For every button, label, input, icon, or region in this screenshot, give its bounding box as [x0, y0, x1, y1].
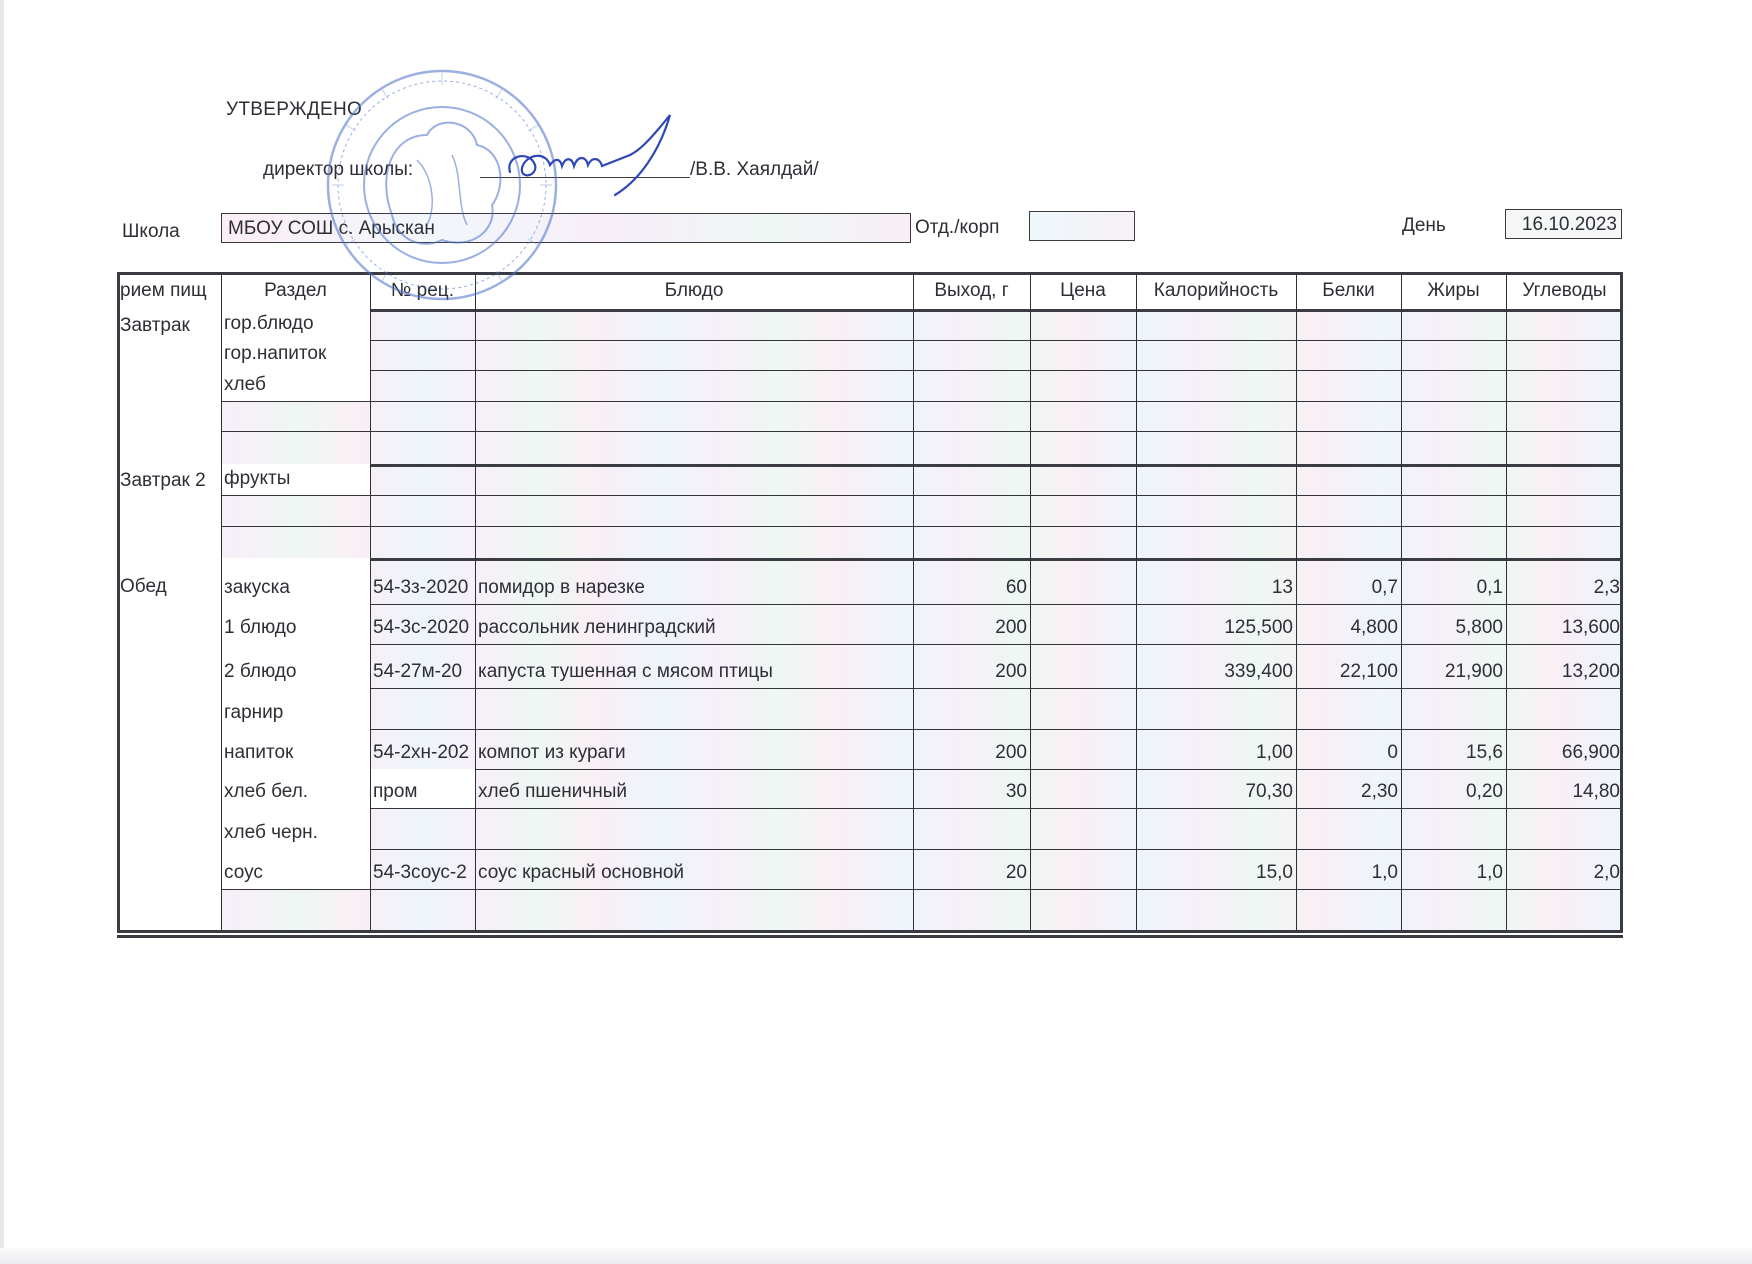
table-cell-section: фрукты — [221, 464, 370, 495]
table-cell-yield — [913, 431, 1030, 464]
table-cell-protein: 0 — [1296, 729, 1401, 769]
table-cell-price — [1030, 464, 1136, 495]
table-cell-recipe: 54-2хн-202 — [370, 729, 475, 769]
day-value: 16.10.2023 — [1522, 214, 1617, 235]
row-divider — [117, 935, 1623, 938]
table-cell-recipe — [370, 688, 475, 729]
table-cell-yield — [913, 526, 1030, 558]
table-cell-recipe — [370, 309, 475, 340]
table-cell-kcal — [1136, 464, 1296, 495]
table-cell-section: 1 блюдо — [221, 604, 370, 644]
table-cell-kcal — [1136, 309, 1296, 340]
table-cell-price — [1030, 401, 1136, 431]
table-cell-price — [1030, 526, 1136, 558]
table-cell-dish — [475, 370, 913, 401]
table-cell-protein — [1296, 464, 1401, 495]
column-divider — [221, 272, 222, 933]
table-cell-yield — [913, 370, 1030, 401]
column-header: Выход, г — [913, 272, 1030, 309]
table-cell-kcal — [1136, 688, 1296, 729]
table-cell-carbs: 66,900 — [1506, 729, 1623, 769]
table-cell-dish — [475, 808, 913, 849]
table-cell-fat: 0,1 — [1401, 558, 1506, 604]
column-header: Цена — [1030, 272, 1136, 309]
table-cell-kcal — [1136, 889, 1296, 935]
table-cell-section: гор.блюдо — [221, 309, 370, 340]
table-cell-dish: компот из кураги — [475, 729, 913, 769]
table-cell-dish — [475, 309, 913, 340]
table-cell-yield — [913, 808, 1030, 849]
table-cell-carbs — [1506, 464, 1623, 495]
table-cell-dish: соус красный основной — [475, 849, 913, 889]
page-edge — [0, 0, 4, 1264]
column-header: Жиры — [1401, 272, 1506, 309]
table-cell-yield — [913, 340, 1030, 370]
table-cell-price — [1030, 495, 1136, 526]
table-cell-kcal — [1136, 431, 1296, 464]
table-cell-section: закуска — [221, 558, 370, 604]
meal-cell: Завтрак — [117, 309, 221, 464]
column-header: рием пищ — [117, 272, 221, 309]
table-cell-yield: 200 — [913, 604, 1030, 644]
table-cell-carbs: 2,0 — [1506, 849, 1623, 889]
table-cell-section — [221, 526, 370, 558]
table-cell-fat — [1401, 889, 1506, 935]
table-cell-yield — [913, 464, 1030, 495]
table-cell-carbs: 14,80 — [1506, 769, 1623, 808]
table-cell-section: хлеб бел. — [221, 769, 370, 808]
table-cell-recipe — [370, 464, 475, 495]
column-divider — [1401, 272, 1402, 933]
table-cell-yield: 200 — [913, 729, 1030, 769]
table-cell-recipe: 54-3з-2020 — [370, 558, 475, 604]
table-cell-price — [1030, 431, 1136, 464]
table-cell-kcal: 70,30 — [1136, 769, 1296, 808]
table-cell-price — [1030, 370, 1136, 401]
table-cell-protein: 2,30 — [1296, 769, 1401, 808]
table-cell-dish: капуста тушенная с мясом птицы — [475, 644, 913, 688]
table-cell-yield — [913, 688, 1030, 729]
table-cell-dish — [475, 688, 913, 729]
column-divider — [1136, 272, 1137, 933]
table-cell-kcal — [1136, 808, 1296, 849]
day-field: 16.10.2023 — [1505, 209, 1622, 239]
table-cell-section: хлеб черн. — [221, 808, 370, 849]
table-cell-recipe — [370, 401, 475, 431]
table-cell-price — [1030, 604, 1136, 644]
table-cell-recipe — [370, 370, 475, 401]
table-cell-dish — [475, 340, 913, 370]
column-divider — [913, 272, 914, 933]
table-cell-protein — [1296, 526, 1401, 558]
table-cell-carbs — [1506, 370, 1623, 401]
table-cell-fat — [1401, 495, 1506, 526]
table-cell-yield — [913, 309, 1030, 340]
table-cell-section — [221, 431, 370, 464]
table-cell-dish — [475, 495, 913, 526]
table-cell-protein — [1296, 370, 1401, 401]
table-cell-kcal — [1136, 526, 1296, 558]
table-cell-kcal: 13 — [1136, 558, 1296, 604]
table-cell-kcal — [1136, 370, 1296, 401]
column-header: Белки — [1296, 272, 1401, 309]
table-cell-fat — [1401, 431, 1506, 464]
table-cell-dish — [475, 401, 913, 431]
table-cell-recipe: 54-3с-2020 — [370, 604, 475, 644]
table-cell-section — [221, 401, 370, 431]
table-cell-recipe — [370, 526, 475, 558]
table-cell-carbs: 13,200 — [1506, 644, 1623, 688]
dept-field — [1029, 211, 1135, 241]
table-cell-fat: 1,0 — [1401, 849, 1506, 889]
table-cell-protein — [1296, 431, 1401, 464]
table-cell-fat: 0,20 — [1401, 769, 1506, 808]
table-cell-fat — [1401, 808, 1506, 849]
table-cell-kcal — [1136, 495, 1296, 526]
table-cell-dish: хлеб пшеничный — [475, 769, 913, 808]
table-cell-fat — [1401, 464, 1506, 495]
table-cell-dish: рассольник ленинградский — [475, 604, 913, 644]
table-cell-protein — [1296, 808, 1401, 849]
table-cell-carbs: 13,600 — [1506, 604, 1623, 644]
column-header: Калорийность — [1136, 272, 1296, 309]
table-cell-dish: помидор в нарезке — [475, 558, 913, 604]
table-cell-protein — [1296, 889, 1401, 935]
table-cell-fat: 21,900 — [1401, 644, 1506, 688]
table-cell-price — [1030, 688, 1136, 729]
table-cell-recipe — [370, 495, 475, 526]
table-cell-fat — [1401, 526, 1506, 558]
table-cell-protein: 4,800 — [1296, 604, 1401, 644]
table-cell-yield — [913, 401, 1030, 431]
table-cell-fat — [1401, 370, 1506, 401]
table-cell-fat: 5,800 — [1401, 604, 1506, 644]
page-bottom-edge — [0, 1248, 1752, 1264]
table-cell-dish — [475, 464, 913, 495]
table-cell-price — [1030, 849, 1136, 889]
table-cell-carbs — [1506, 309, 1623, 340]
table-cell-yield: 200 — [913, 644, 1030, 688]
table-cell-price — [1030, 340, 1136, 370]
table-cell-price — [1030, 889, 1136, 935]
menu-table: рием пищРаздел№ рец.БлюдоВыход, гЦенаКал… — [117, 272, 1623, 933]
table-cell-yield — [913, 889, 1030, 935]
table-cell-price — [1030, 729, 1136, 769]
table-cell-carbs — [1506, 401, 1623, 431]
table-cell-recipe: 54-3соус-2 — [370, 849, 475, 889]
table-cell-price — [1030, 644, 1136, 688]
signature-icon — [500, 110, 690, 200]
table-cell-price — [1030, 558, 1136, 604]
table-cell-protein — [1296, 340, 1401, 370]
table-cell-price — [1030, 808, 1136, 849]
table-cell-recipe: пром — [370, 769, 475, 808]
table-cell-protein: 0,7 — [1296, 558, 1401, 604]
table-cell-kcal: 1,00 — [1136, 729, 1296, 769]
column-divider — [1506, 272, 1507, 933]
table-cell-kcal — [1136, 401, 1296, 431]
column-divider — [475, 272, 476, 933]
table-cell-fat — [1401, 340, 1506, 370]
table-cell-dish — [475, 889, 913, 935]
table-cell-kcal: 339,400 — [1136, 644, 1296, 688]
table-cell-yield: 60 — [913, 558, 1030, 604]
table-cell-section: напиток — [221, 729, 370, 769]
table-cell-yield — [913, 495, 1030, 526]
table-cell-yield: 30 — [913, 769, 1030, 808]
table-cell-section: гарнир — [221, 688, 370, 729]
table-cell-section: хлеб — [221, 370, 370, 401]
table-cell-fat — [1401, 688, 1506, 729]
meal-cell: Обед — [117, 558, 221, 935]
table-cell-protein — [1296, 309, 1401, 340]
table-cell-recipe — [370, 340, 475, 370]
table-cell-dish — [475, 526, 913, 558]
table-cell-protein — [1296, 495, 1401, 526]
table-cell-carbs — [1506, 340, 1623, 370]
table-cell-recipe: 54-27м-20 — [370, 644, 475, 688]
table-cell-protein: 22,100 — [1296, 644, 1401, 688]
column-divider — [370, 272, 371, 933]
table-cell-section: гор.напиток — [221, 340, 370, 370]
table-cell-section: 2 блюдо — [221, 644, 370, 688]
column-header: Углеводы — [1506, 272, 1623, 309]
table-cell-carbs — [1506, 889, 1623, 935]
table-cell-carbs — [1506, 526, 1623, 558]
table-cell-section: соус — [221, 849, 370, 889]
table-cell-price — [1030, 309, 1136, 340]
table-cell-protein — [1296, 401, 1401, 431]
table-cell-carbs — [1506, 431, 1623, 464]
table-cell-carbs — [1506, 808, 1623, 849]
table-cell-protein — [1296, 688, 1401, 729]
column-divider — [1030, 272, 1031, 933]
table-cell-recipe — [370, 889, 475, 935]
table-cell-recipe — [370, 808, 475, 849]
table-cell-fat — [1401, 309, 1506, 340]
table-cell-kcal: 125,500 — [1136, 604, 1296, 644]
table-cell-carbs — [1506, 688, 1623, 729]
school-label: Школа — [122, 222, 180, 241]
table-cell-fat: 15,6 — [1401, 729, 1506, 769]
table-cell-recipe — [370, 431, 475, 464]
table-cell-kcal — [1136, 340, 1296, 370]
director-name: /В.В. Хаялдай/ — [690, 160, 819, 179]
dept-label: Отд./корп — [915, 218, 999, 237]
table-cell-section — [221, 889, 370, 935]
table-cell-carbs — [1506, 495, 1623, 526]
table-cell-price — [1030, 769, 1136, 808]
table-cell-kcal: 15,0 — [1136, 849, 1296, 889]
table-cell-fat — [1401, 401, 1506, 431]
table-cell-section — [221, 495, 370, 526]
day-label: День — [1402, 216, 1446, 235]
table-cell-carbs: 2,3 — [1506, 558, 1623, 604]
column-divider — [1296, 272, 1297, 933]
table-cell-protein: 1,0 — [1296, 849, 1401, 889]
table-cell-dish — [475, 431, 913, 464]
meal-cell: Завтрак 2 — [117, 464, 221, 558]
table-cell-yield: 20 — [913, 849, 1030, 889]
